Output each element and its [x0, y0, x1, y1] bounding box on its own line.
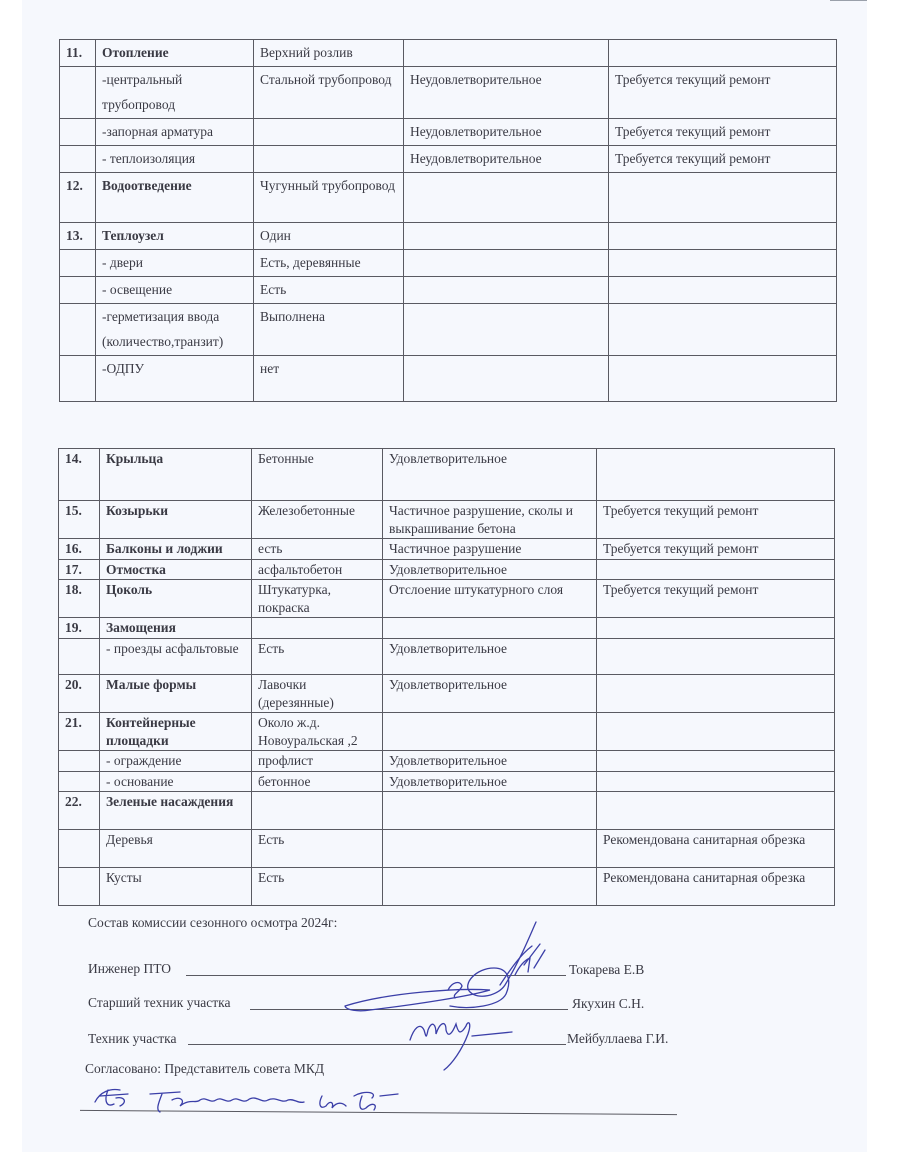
handwritten-signatures	[0, 0, 901, 1166]
